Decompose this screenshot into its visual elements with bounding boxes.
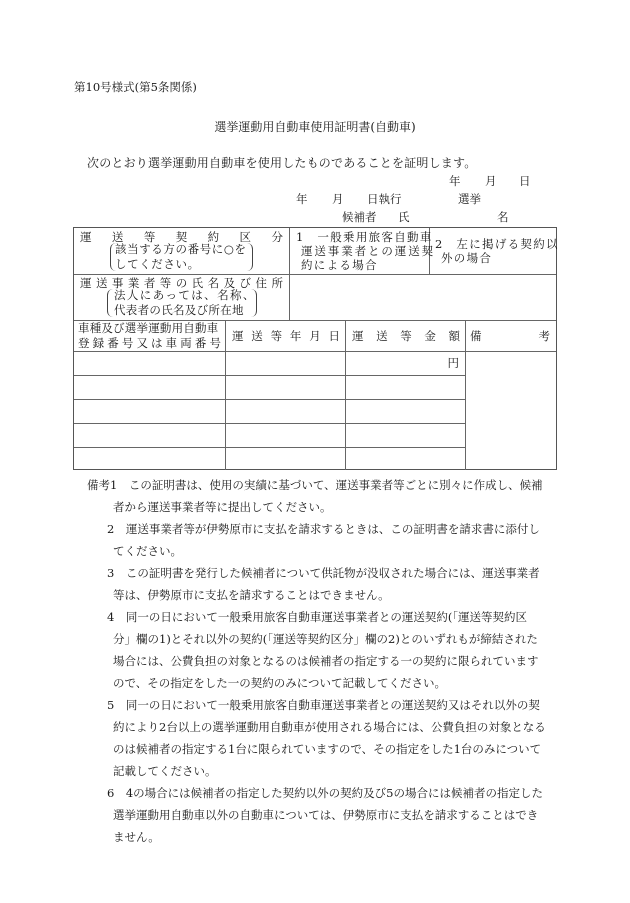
note-text: 運送事業者等が伊勢原市に支払を請求するときは、この証明書を請求書に添付し bbox=[126, 522, 540, 536]
vehicle-cell[interactable] bbox=[75, 400, 224, 422]
note-item-6: 6 4の場合には候補者の指定した契約以外の契約及び5の場合には候補者の指定した … bbox=[87, 782, 557, 848]
date-cell[interactable] bbox=[226, 424, 344, 446]
amount-cell[interactable] bbox=[346, 448, 464, 469]
issue-day-label: 日 bbox=[519, 176, 531, 188]
date-cell[interactable] bbox=[226, 400, 344, 422]
vehicle-cell[interactable] bbox=[75, 424, 224, 446]
note-number: 2 bbox=[107, 522, 114, 536]
amount-cell[interactable]: 円 bbox=[346, 352, 464, 374]
amount-cell[interactable] bbox=[346, 424, 464, 446]
note-number: 1 bbox=[110, 478, 117, 492]
note-item-3: 3 この証明書を発行した候補者について供託物が没収された場合には、運送事業者 等… bbox=[87, 562, 557, 606]
note-number: 5 bbox=[107, 698, 114, 712]
usage-certificate-table: 運 送 等 契 約 区 分 該当する方の番号に○を してください。 1 一般乗用… bbox=[73, 227, 557, 470]
contract-type-instruction-2: してください。 bbox=[115, 257, 200, 273]
carrier-instruction-1: 法人にあっては、名称、 bbox=[114, 288, 256, 304]
vehicle-cell[interactable] bbox=[75, 376, 224, 398]
option-2-line-2: 外の場合 bbox=[441, 251, 492, 267]
note-text: 等は、伊勢原市に支払を請求することはできません。 bbox=[87, 584, 557, 606]
note-text: てください。 bbox=[87, 540, 557, 562]
note-number: 3 bbox=[107, 566, 114, 580]
note-text: 選挙運動用自動車以外の自動車については、伊勢原市に支払を請求することはでき bbox=[87, 804, 557, 826]
remarks-cell[interactable] bbox=[466, 352, 556, 469]
note-number: 6 bbox=[107, 786, 114, 800]
election-label: 選挙 bbox=[458, 194, 481, 206]
note-item-2: 2 運送事業者等が伊勢原市に支払を請求するときは、この証明書を請求書に添付し て… bbox=[87, 518, 557, 562]
certification-statement: 次のとおり選挙運動用自動車を使用したものであることを証明します。 bbox=[87, 157, 476, 169]
note-text: 約により2台以上の選挙運動用自動車が使用される場合には、公費負担の対象となる bbox=[87, 716, 557, 738]
form-number: 第10号様式(第5条関係) bbox=[74, 82, 197, 94]
note-number: 4 bbox=[107, 610, 114, 624]
note-text: 記載してください。 bbox=[87, 760, 557, 782]
election-held-label: 日執行 bbox=[367, 194, 402, 206]
note-item-1: 備考1 この証明書は、使用の実績に基づいて、運送事業者等ごとに別々に作成し、候補… bbox=[87, 474, 557, 518]
note-item-4: 4 同一の日において一般乗用旅客自動車運送事業者との運送契約(「運送等契約区 分… bbox=[87, 606, 557, 694]
yen-unit: 円 bbox=[448, 356, 460, 372]
note-item-5: 5 同一の日において一般乗用旅客自動車運送事業者との運送契約又はそれ以外の契 約… bbox=[87, 694, 557, 782]
carrier-value-field[interactable] bbox=[290, 275, 556, 320]
note-text: この証明書は、使用の実績に基づいて、運送事業者等ごとに別々に作成し、候補 bbox=[129, 478, 543, 492]
election-year-label: 年 bbox=[296, 194, 308, 206]
candidate-surname-label: 氏 bbox=[398, 212, 410, 224]
candidate-label: 候補者 bbox=[342, 212, 377, 224]
vehicle-cell[interactable] bbox=[75, 448, 224, 469]
contract-type-instruction-1: 該当する方の番号に○を bbox=[115, 242, 247, 258]
issue-year-label: 年 bbox=[449, 176, 461, 188]
note-text: 場合には、公費負担の対象となるのは候補者の指定する一の契約に限られています bbox=[87, 650, 557, 672]
date-cell[interactable] bbox=[226, 352, 344, 374]
note-text: 同一の日において一般乗用旅客自動車運送事業者との運送契約(「運送等契約区 bbox=[126, 610, 527, 624]
amount-cell[interactable] bbox=[346, 376, 464, 398]
note-text: のは候補者の指定する1台に限られていますので、その指定をした1台のみについて bbox=[87, 738, 557, 760]
notes-heading: 備考 bbox=[87, 474, 110, 496]
column-header-remarks: 備 考 bbox=[470, 329, 550, 345]
note-text: 同一の日において一般乗用旅客自動車運送事業者との運送契約又はそれ以外の契 bbox=[126, 698, 540, 712]
note-text: 4の場合には候補者の指定した契約以外の契約及び5の場合には候補者の指定した bbox=[126, 786, 543, 800]
candidate-name-label: 名 bbox=[497, 212, 509, 224]
election-month-label: 月 bbox=[332, 194, 344, 206]
vehicle-header-line-2: 登 録 番 号 又 は 車 両 番 号 bbox=[78, 336, 221, 352]
carrier-instruction-2: 代表者の氏名及び所在地 bbox=[114, 303, 244, 319]
note-text: 分」欄の1)とそれ以外の契約(「運送等契約区分」欄の2)とのいずれもが締結された bbox=[87, 628, 557, 650]
notes-section: 備考1 この証明書は、使用の実績に基づいて、運送事業者等ごとに別々に作成し、候補… bbox=[87, 474, 557, 848]
date-cell[interactable] bbox=[226, 376, 344, 398]
note-text: この証明書を発行した候補者について供託物が没収された場合には、運送事業者 bbox=[126, 566, 540, 580]
issue-month-label: 月 bbox=[485, 176, 497, 188]
option-1-line-3: 約による場合 bbox=[301, 258, 378, 274]
amount-cell[interactable] bbox=[346, 400, 464, 422]
vehicle-header-line-1: 車種及び選挙運動用自動車 bbox=[78, 321, 218, 337]
column-header-date: 運 送 等 年 月 日 bbox=[232, 329, 340, 345]
note-text: 者から運送事業者等に提出してください。 bbox=[87, 496, 557, 518]
vehicle-cell[interactable] bbox=[75, 352, 224, 374]
document-title: 選挙運動用自動車使用証明書(自動車) bbox=[0, 121, 630, 133]
column-header-amount: 運 送 等 金 額 bbox=[352, 329, 460, 345]
note-text: ので、その指定をした一の契約のみについて記載してください。 bbox=[87, 672, 557, 694]
note-text: ません。 bbox=[87, 826, 557, 848]
date-cell[interactable] bbox=[226, 448, 344, 469]
